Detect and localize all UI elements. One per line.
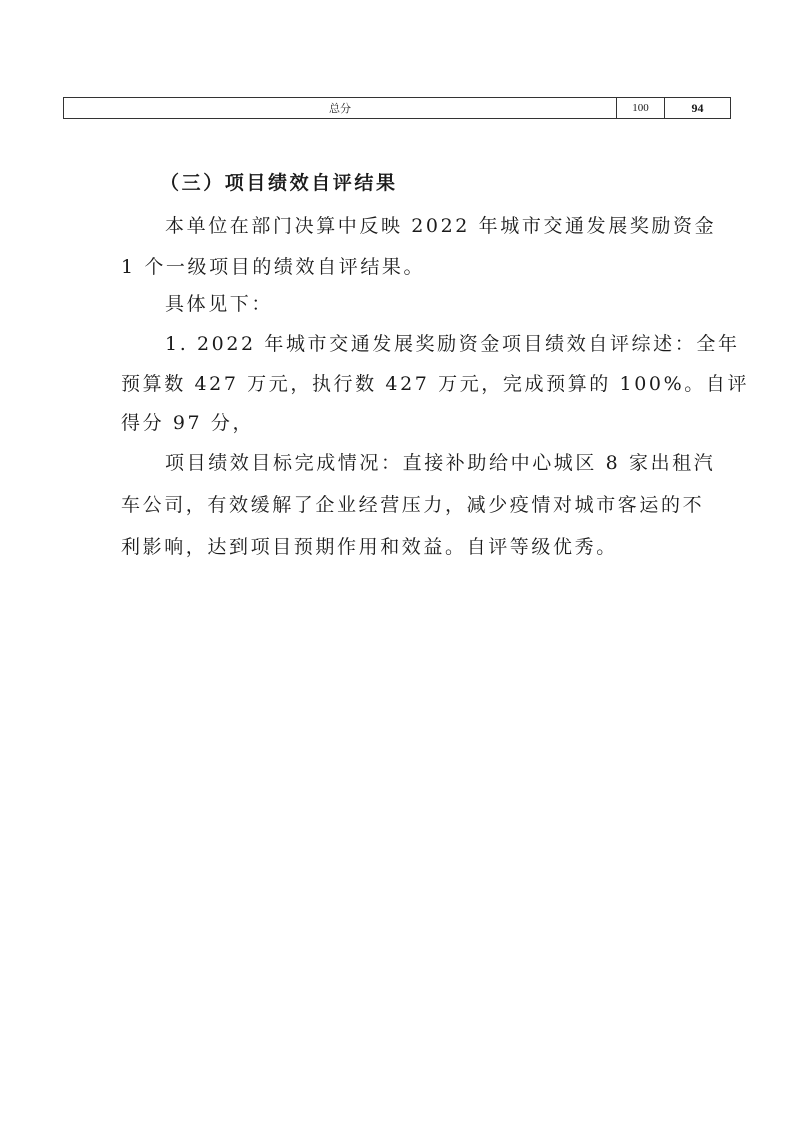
total-label-cell: 总分 (64, 98, 617, 119)
total-score-table: 总分 100 94 (63, 97, 731, 119)
see-below-text: 具体见下： (165, 289, 273, 316)
goal-line1: 项目绩效目标完成情况：直接补助给中心城区 8 家出租汽 (165, 448, 715, 475)
item1-line2: 预算数 427 万元，执行数 427 万元，完成预算的 100%。自评 (121, 369, 749, 396)
total-score-row: 总分 100 94 (64, 98, 731, 119)
section-heading: （三）项目绩效自评结果 (160, 168, 398, 195)
intro-paragraph-line1: 本单位在部门决算中反映 2022 年城市交通发展奖励资金 (165, 211, 716, 238)
actual-score-cell: 94 (665, 98, 731, 119)
item1-line3: 得分 97 分， (121, 408, 254, 435)
goal-line3: 利影响，达到项目预期作用和效益。自评等级优秀。 (121, 532, 618, 559)
goal-line2: 车公司，有效缓解了企业经营压力，减少疫情对城市客运的不 (121, 490, 704, 517)
max-score-cell: 100 (617, 98, 665, 119)
intro-paragraph-line2: 1 个一级项目的绩效自评结果。 (121, 252, 425, 279)
item1-line1: 1. 2022 年城市交通发展奖励资金项目绩效自评综述：全年 (165, 329, 740, 356)
